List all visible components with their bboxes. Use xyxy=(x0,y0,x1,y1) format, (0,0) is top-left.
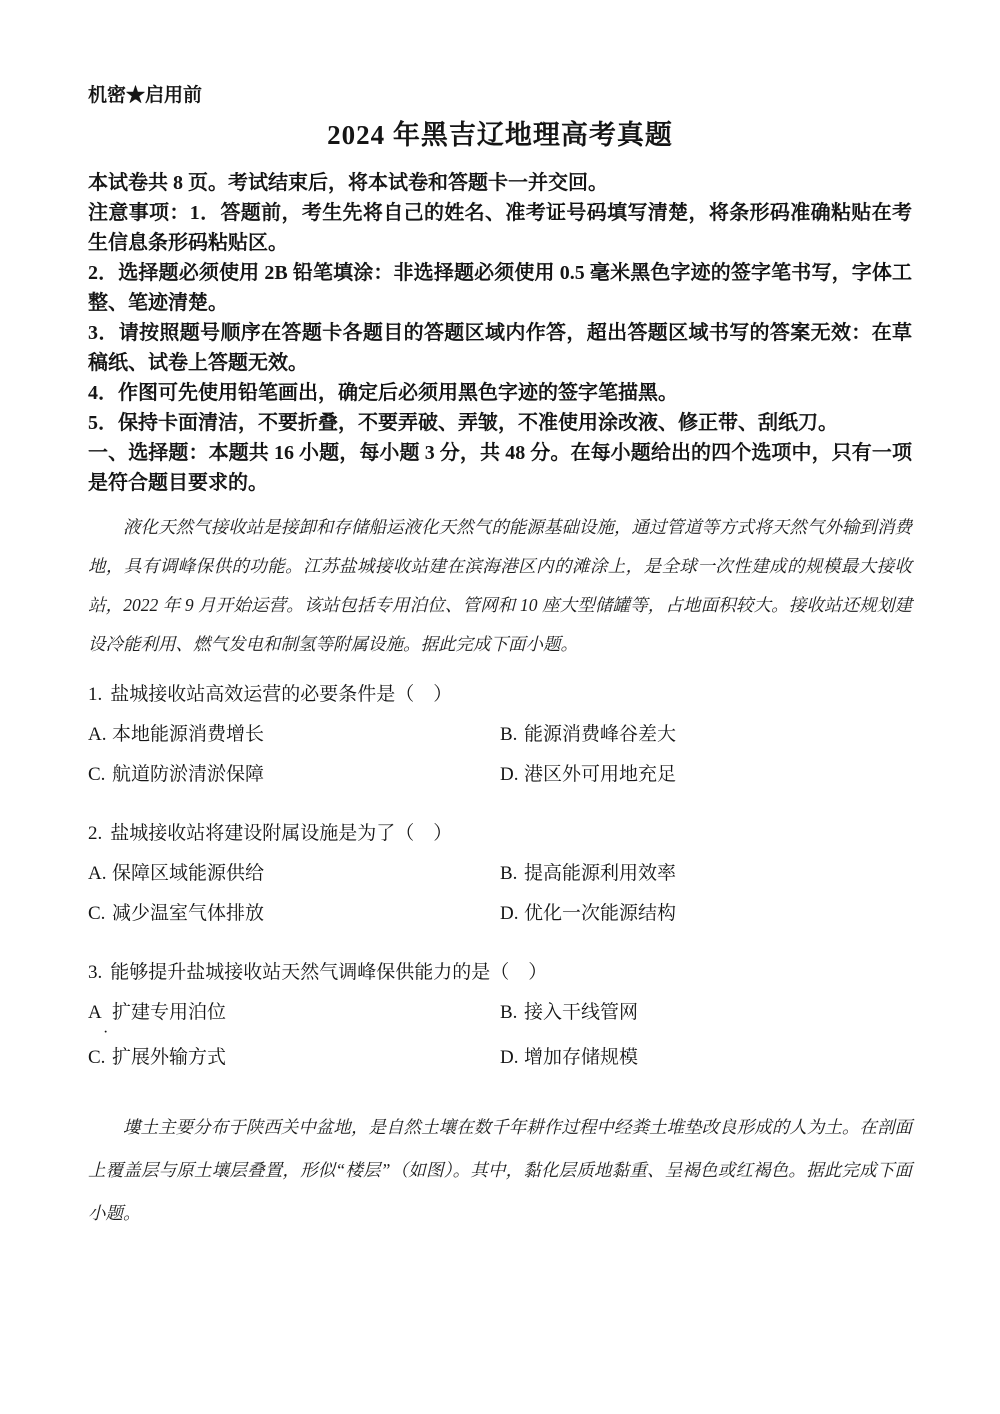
option-2c-label: C. xyxy=(88,902,112,925)
question-2-stem: 2.盐城接收站将建设附属设施是为了（ ） xyxy=(88,822,912,845)
option-1a-text: 本地能源消费增长 xyxy=(112,724,264,745)
question-3-number: 3. xyxy=(88,962,102,983)
option-2b-text: 提高能源利用效率 xyxy=(524,863,676,884)
option-2a: A.保障区域能源供给 xyxy=(88,862,500,885)
question-3-stem: 3.能够提升盐城接收站天然气调峰保供能力的是（ ） xyxy=(88,961,912,984)
option-2c: C.减少温室气体排放 xyxy=(88,902,500,925)
notice-item-3: 3．请按照题号顺序在答题卡各题目的答题区域内作答，超出答题区域书写的答案无效：在… xyxy=(88,318,912,378)
option-2a-label: A. xyxy=(88,862,112,885)
option-2d: D.优化一次能源结构 xyxy=(500,902,912,925)
option-1d-text: 港区外可用地充足 xyxy=(524,764,676,785)
option-3c-text: 扩展外输方式 xyxy=(112,1047,226,1068)
option-1b: B.能源消费峰谷差大 xyxy=(500,723,912,746)
stray-period-mark: · xyxy=(88,1029,912,1041)
notice-item-2: 2．选择题必须使用 2B 铅笔填涂：非选择题必须使用 0.5 毫米黑色字迹的签字… xyxy=(88,258,912,318)
option-3d: D.增加存储规模 xyxy=(500,1046,912,1069)
option-3d-label: D. xyxy=(500,1046,524,1069)
notice-item-1: 注意事项：1．答题前，考生先将自己的姓名、准考证号码填写清楚，将条形码准确粘贴在… xyxy=(88,198,912,258)
section-header: 一、选择题：本题共 16 小题，每小题 3 分，共 48 分。在每小题给出的四个… xyxy=(88,438,912,498)
option-1c-label: C. xyxy=(88,763,112,786)
exam-info-line: 本试卷共 8 页。考试结束后，将本试卷和答题卡一并交回。 xyxy=(88,168,912,198)
option-3b-label: B. xyxy=(500,1001,524,1024)
classification-label: 机密★启用前 xyxy=(88,84,912,108)
exam-page: 机密★启用前 2024 年黑吉辽地理高考真题 本试卷共 8 页。考试结束后，将本… xyxy=(0,0,1000,1414)
option-3c-label: C. xyxy=(88,1046,112,1069)
option-1c: C.航道防淤清淤保障 xyxy=(88,763,500,786)
question-2-options: A.保障区域能源供给 B.提高能源利用效率 C.减少温室气体排放 D.优化一次能… xyxy=(88,862,912,942)
question-2: 2.盐城接收站将建设附属设施是为了（ ） A.保障区域能源供给 B.提高能源利用… xyxy=(88,822,912,942)
option-1c-text: 航道防淤清淤保障 xyxy=(112,764,264,785)
option-2d-text: 优化一次能源结构 xyxy=(524,903,676,924)
option-2a-text: 保障区域能源供给 xyxy=(112,863,264,884)
option-3b: B.接入干线管网 xyxy=(500,1001,912,1024)
question-3: 3.能够提升盐城接收站天然气调峰保供能力的是（ ） A扩建专用泊位 B.接入干线… xyxy=(88,961,912,1086)
option-1d-label: D. xyxy=(500,763,524,786)
question-3-options: A扩建专用泊位 B.接入干线管网 · C.扩展外输方式 D.增加存储规模 xyxy=(88,1001,912,1086)
option-1b-label: B. xyxy=(500,723,524,746)
question-2-number: 2. xyxy=(88,823,102,844)
question-1-options: A.本地能源消费增长 B.能源消费峰谷差大 C.航道防淤清淤保障 D.港区外可用… xyxy=(88,723,912,803)
question-1-number: 1. xyxy=(88,684,102,705)
option-3d-text: 增加存储规模 xyxy=(524,1047,638,1068)
option-3a-label: A xyxy=(88,1001,112,1024)
passage-lou-soil: 塿土主要分布于陕西关中盆地，是自然土壤在数千年耕作过程中经粪土堆垫改良形成的人为… xyxy=(88,1106,912,1235)
option-3a-text: 扩建专用泊位 xyxy=(112,1002,226,1023)
option-2c-text: 减少温室气体排放 xyxy=(112,903,264,924)
passage-lng-terminal: 液化天然气接收站是接卸和存储船运液化天然气的能源基础设施，通过管道等方式将天然气… xyxy=(88,508,912,664)
question-3-text: 能够提升盐城接收站天然气调峰保供能力的是（ ） xyxy=(110,962,547,983)
question-2-text: 盐城接收站将建设附属设施是为了（ ） xyxy=(110,823,452,844)
question-1-text: 盐城接收站高效运营的必要条件是（ ） xyxy=(110,684,452,705)
option-2d-label: D. xyxy=(500,902,524,925)
page-title: 2024 年黑吉辽地理高考真题 xyxy=(88,118,912,152)
option-2b-label: B. xyxy=(500,862,524,885)
option-2b: B.提高能源利用效率 xyxy=(500,862,912,885)
option-1a-label: A. xyxy=(88,723,112,746)
option-1d: D.港区外可用地充足 xyxy=(500,763,912,786)
option-1a: A.本地能源消费增长 xyxy=(88,723,500,746)
question-1: 1.盐城接收站高效运营的必要条件是（ ） A.本地能源消费增长 B.能源消费峰谷… xyxy=(88,683,912,803)
notice-item-5: 5．保持卡面清洁，不要折叠，不要弄破、弄皱，不准使用涂改液、修正带、刮纸刀。 xyxy=(88,408,912,438)
option-1b-text: 能源消费峰谷差大 xyxy=(524,724,676,745)
option-3c: C.扩展外输方式 xyxy=(88,1046,500,1069)
option-3a: A扩建专用泊位 xyxy=(88,1001,500,1024)
question-1-stem: 1.盐城接收站高效运营的必要条件是（ ） xyxy=(88,683,912,706)
notice-item-4: 4．作图可先使用铅笔画出，确定后必须用黑色字迹的签字笔描黑。 xyxy=(88,378,912,408)
option-3b-text: 接入干线管网 xyxy=(524,1002,638,1023)
